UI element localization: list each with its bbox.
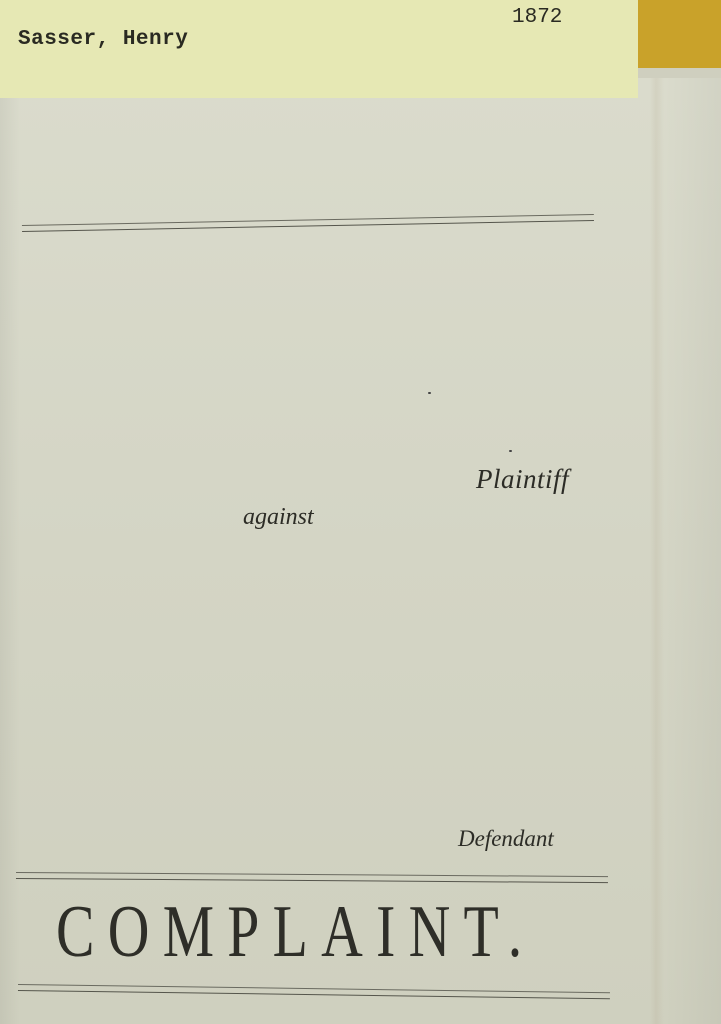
folder-tab (638, 0, 721, 68)
label-year: 1872 (512, 6, 562, 29)
defendant-label: Defendant (458, 826, 554, 852)
ink-speck (509, 450, 512, 452)
plaintiff-label: Plaintiff (476, 464, 569, 495)
document-title: COMPLAINT. (56, 890, 535, 975)
ink-speck (428, 392, 431, 394)
against-label: against (243, 504, 314, 531)
file-label: Sasser, Henry 1872 (0, 0, 638, 98)
label-name: Sasser, Henry (18, 28, 188, 51)
